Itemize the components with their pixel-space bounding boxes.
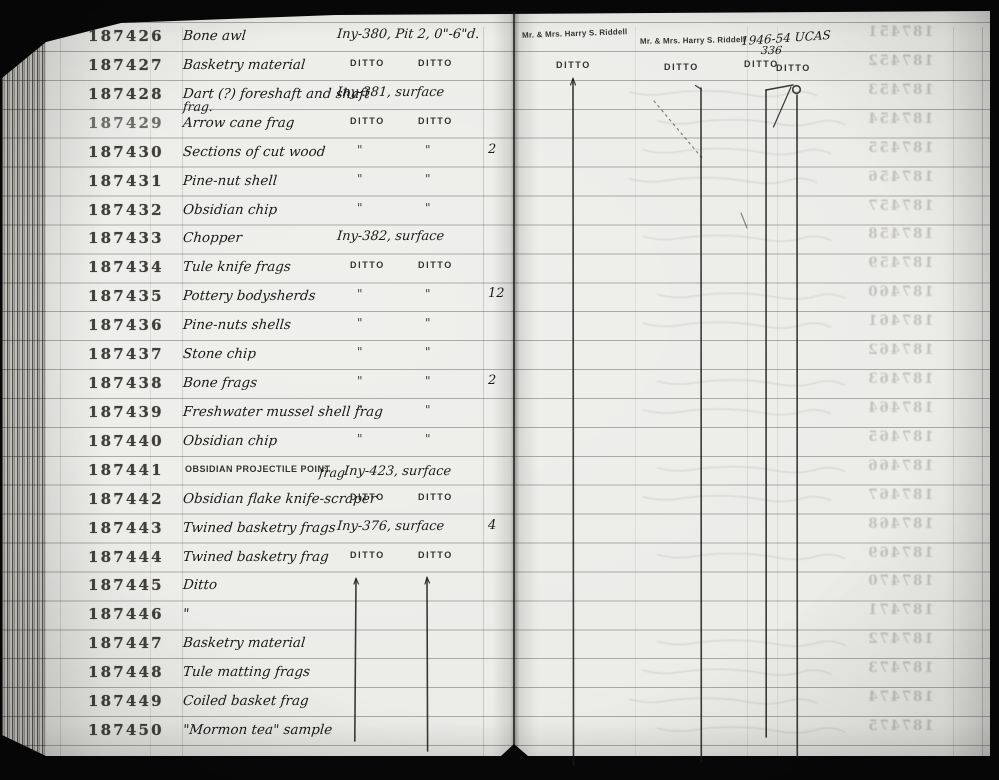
scratch-mark <box>741 213 747 228</box>
ditto-line <box>355 579 356 741</box>
ditto-line <box>573 79 574 765</box>
ditto-line <box>427 578 428 751</box>
ditto-line-hook <box>696 86 702 90</box>
ink-marks-overlay <box>0 0 999 780</box>
ditto-line-topbar <box>766 85 793 90</box>
ink-diagonal-stroke <box>774 87 792 127</box>
ditto-line-loop <box>793 86 801 94</box>
scanned-ledger-photo: 1874511874521874531874541874551874561874… <box>0 0 999 780</box>
gutter-bottom-shadow <box>501 744 528 756</box>
scratch-mark <box>654 101 702 158</box>
